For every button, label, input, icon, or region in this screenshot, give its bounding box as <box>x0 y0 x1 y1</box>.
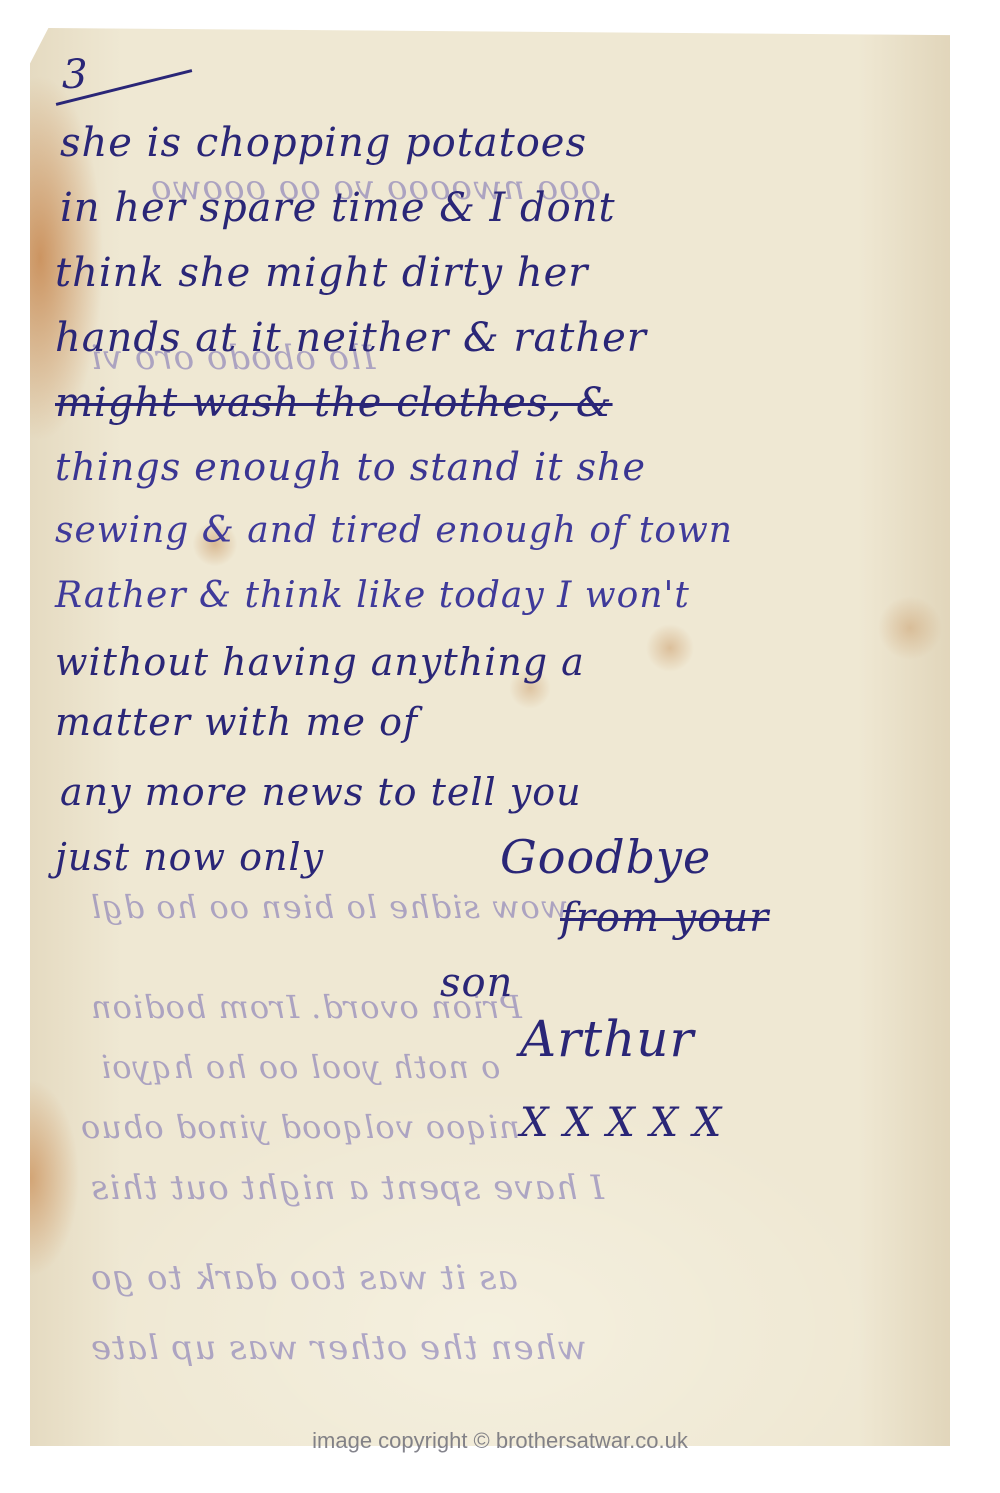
letter-kisses: X X X X X <box>520 1100 722 1146</box>
letter-line: might wash the clothes, & <box>55 380 613 426</box>
letter-line: just now only <box>55 835 324 879</box>
copyright-watermark: image copyright © brothersatwar.co.uk <box>0 1428 1000 1454</box>
letter-line: she is chopping potatoes <box>60 120 587 166</box>
show-through-text: wow sidhe lo bien oo ho dgl <box>90 888 568 926</box>
letter-line: hands at it neither & rather <box>55 315 647 361</box>
letter-line: son <box>440 960 513 1006</box>
letter-line: from your <box>560 895 769 941</box>
letter-line: matter with me of <box>55 700 418 744</box>
letter-line: things enough to stand it she <box>55 445 646 489</box>
letter-signature: Arthur <box>520 1010 694 1068</box>
letter-line: any more news to tell you <box>60 770 582 814</box>
letter-line: Rather & think like today I won't <box>55 575 690 616</box>
show-through-text: niqoo volqood yinod obuo <box>80 1108 520 1146</box>
show-through-line: when the other was up late <box>90 1328 587 1368</box>
letter-line: without having anything a <box>55 640 585 684</box>
letter-closing: Goodbye <box>500 830 711 884</box>
page-number: 3 <box>62 52 87 98</box>
show-through-line: as it was too dark to go <box>90 1258 518 1298</box>
letter-line: think she might dirty her <box>55 250 588 296</box>
letter-line: in her spare time & I dont <box>60 185 616 231</box>
letter-line: sewing & and tired enough of town <box>55 510 733 551</box>
show-through-text: o noth yool oo ho hqyoi <box>100 1048 500 1086</box>
show-through-line: I have spent a night out this <box>90 1168 604 1208</box>
